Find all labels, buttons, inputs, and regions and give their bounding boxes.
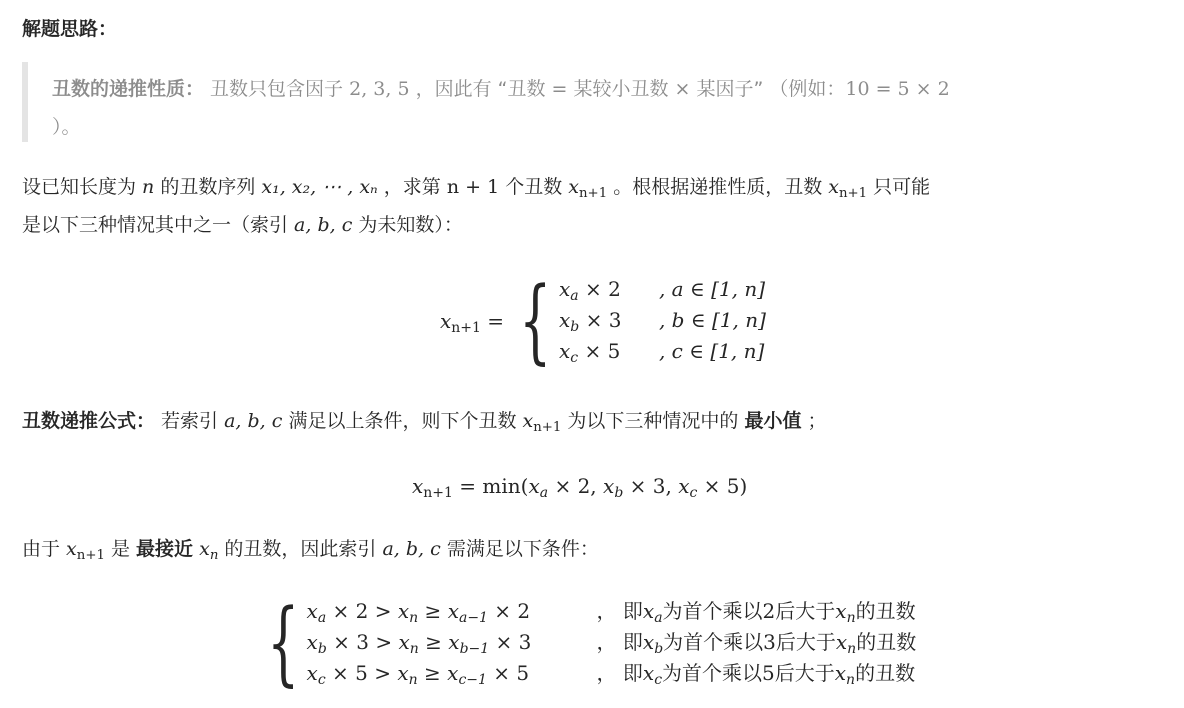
- paragraph-sequence-definition: 设已知长度为 n 的丑数序列 x₁, x₂, ⋯ , xₙ ，求第 n + 1 …: [22, 168, 1172, 244]
- case-row: xa × 2 , a ∈ [1, n]: [559, 274, 766, 305]
- left-brace: {: [267, 597, 299, 689]
- case-row: xb × 3 , b ∈ [1, n]: [559, 305, 766, 336]
- quote-bold-label: 丑数的递推性质：: [52, 78, 204, 100]
- blockquote-recursive-property: 丑数的递推性质： 丑数只包含因子 2, 3, 5 ，因此有 “丑数 = 某较小丑…: [22, 62, 1162, 142]
- case-row: xc × 5 , c ∈ [1, n]: [559, 336, 766, 367]
- equation-min: xn+1 = min(xa × 2, xb × 3, xc × 5): [412, 474, 747, 498]
- equation-cases: xn+1 = { xa × 2 , a ∈ [1, n] xb × 3 , b …: [440, 274, 766, 367]
- case-row: xc × 5 > xn ≥ xc−1 × 5 ， 即xc为首个乘以5后大于xn的…: [307, 658, 917, 689]
- case-row: xb × 3 > xn ≥ xb−1 × 3 ， 即xb为首个乘以3后大于xn的…: [307, 627, 917, 658]
- document: 解题思路： 丑数的递推性质： 丑数只包含因子 2, 3, 5 ，因此有 “丑数 …: [0, 0, 1184, 708]
- left-brace: {: [520, 275, 552, 367]
- equation-index-conditions: { xa × 2 > xn ≥ xa−1 × 2 ， 即xa为首个乘以2后大于x…: [258, 596, 916, 689]
- section-heading: 解题思路：: [22, 14, 117, 41]
- paragraph-index-conditions: 由于 xn+1 是 最接近 xn 的丑数，因此索引 a, b, c 需满足以下条…: [22, 530, 599, 568]
- case-row: xa × 2 > xn ≥ xa−1 × 2 ， 即xa为首个乘以2后大于xn的…: [307, 596, 917, 627]
- paragraph-recurrence-formula: 丑数递推公式： 若索引 a, b, c 满足以上条件，则下个丑数 xn+1 为以…: [22, 402, 827, 440]
